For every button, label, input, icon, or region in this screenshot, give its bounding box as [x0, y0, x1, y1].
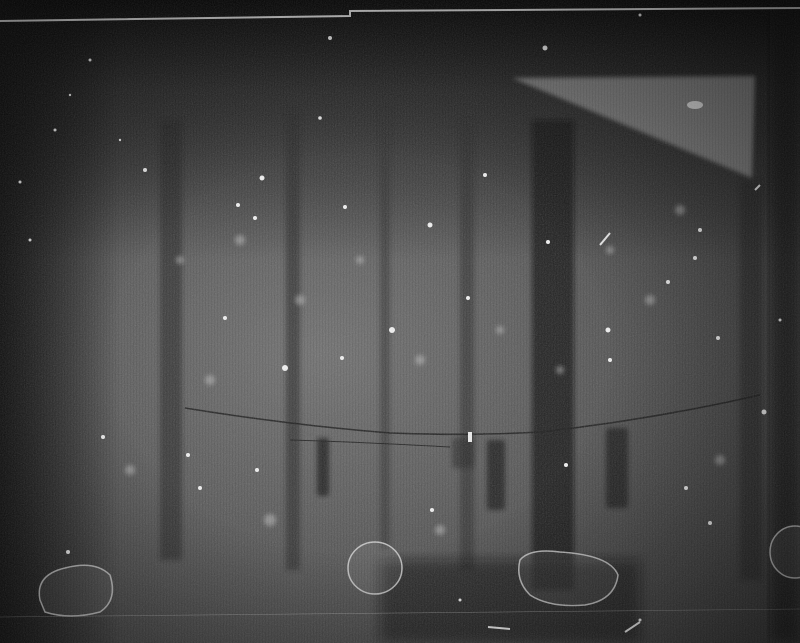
photograph	[0, 0, 800, 643]
photo-scene	[0, 0, 800, 643]
